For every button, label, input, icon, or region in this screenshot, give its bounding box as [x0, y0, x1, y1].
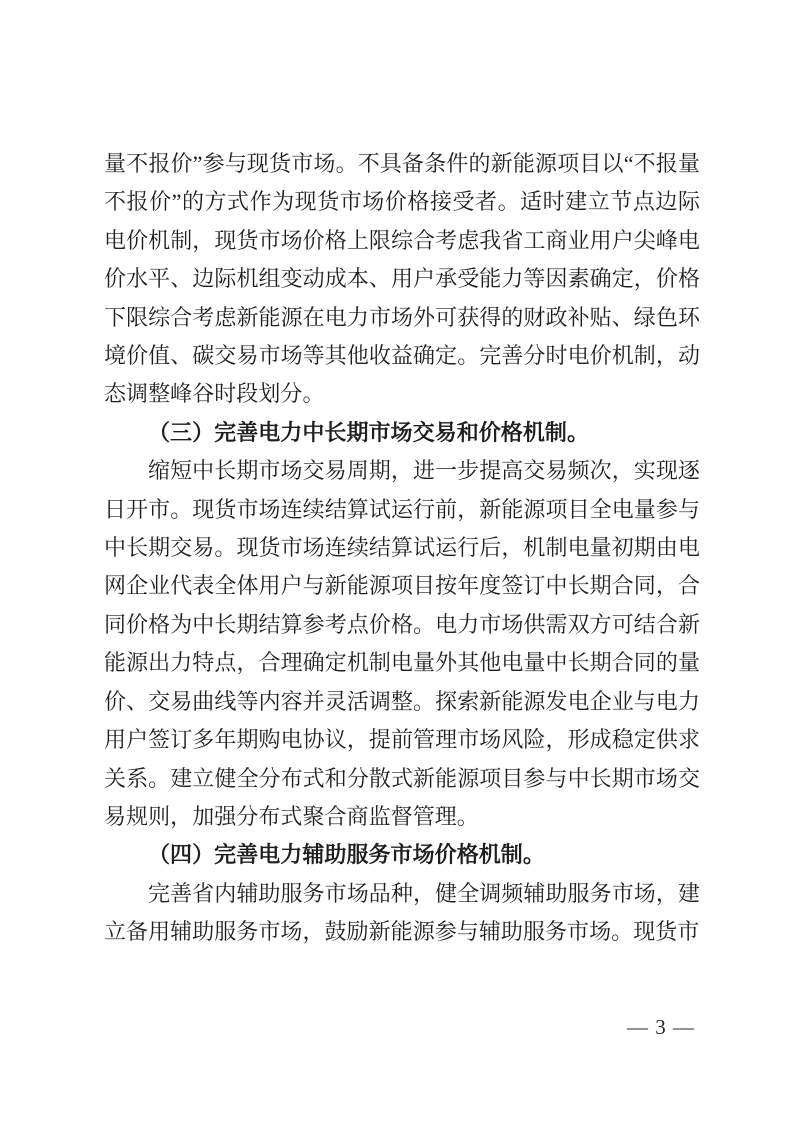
document-page: 量不报价”参与现货市场。不具备条件的新能源项目以“不报量不报价”的方式作为现货市…: [0, 0, 800, 1131]
page-number: — 3 —: [104, 1012, 695, 1042]
document-text-block: 量不报价”参与现货市场。不具备条件的新能源项目以“不报量不报价”的方式作为现货市…: [104, 145, 700, 952]
paragraph-continuation: 量不报价”参与现货市场。不具备条件的新能源项目以“不报量不报价”的方式作为现货市…: [104, 145, 700, 414]
section-heading-3: （三）完善电力中长期市场交易和价格机制。: [104, 414, 700, 452]
section-heading-4: （四）完善电力辅助服务市场价格机制。: [104, 836, 700, 874]
section-3-paragraph: 缩短中长期市场交易周期，进一步提高交易频次，实现逐日开市。现货市场连续结算试运行…: [104, 452, 700, 836]
section-4-paragraph: 完善省内辅助服务市场品种，健全调频辅助服务市场，建立备用辅助服务市场，鼓励新能源…: [104, 875, 700, 952]
